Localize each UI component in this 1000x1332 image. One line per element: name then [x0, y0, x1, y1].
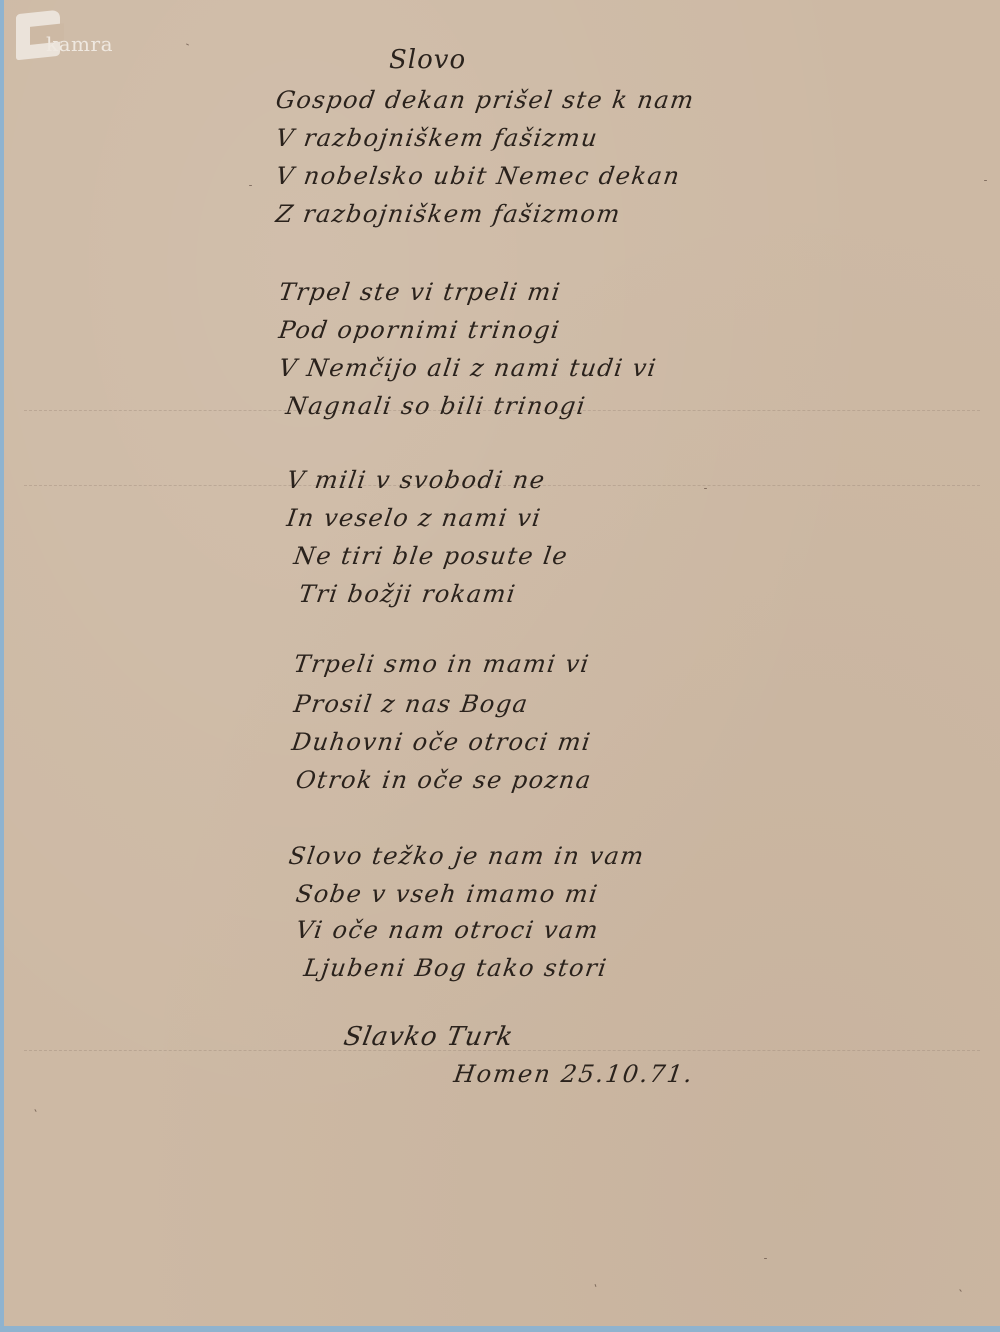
poem-line: Ne tiri ble posute le [292, 542, 570, 570]
poem-line: In veselo z nami vi [285, 504, 543, 532]
poem-line: V nobelsko ubit Nemec dekan [274, 162, 682, 190]
place-and-date: Homen 25.10.71. [452, 1060, 696, 1088]
poem-line: Tri božji rokami [297, 580, 518, 608]
poem-line: Duhovni oče otroci mi [290, 728, 593, 756]
poem-line: Trpel ste vi trpeli mi [277, 278, 563, 306]
poem: Slovo Gospod dekan prišel ste k nam V ra… [4, 0, 1000, 1326]
poem-line: Sobe v vseh imamo mi [294, 880, 600, 908]
poem-line: Ljubeni Bog tako stori [302, 954, 609, 982]
poem-line: V razbojniškem fašizmu [274, 124, 600, 152]
poem-line: Trpeli smo in mami vi [292, 650, 592, 678]
poem-line: V mili v svobodi ne [285, 466, 547, 494]
paper-sheet: kamra Slovo Gospod dekan prišel ste k na… [4, 0, 1000, 1326]
poem-line: Vi oče nam otroci vam [294, 916, 601, 944]
poem-line: Slovo težko je nam in vam [287, 842, 647, 870]
signature: Slavko Turk [341, 1022, 516, 1052]
poem-line: V Nemčijo ali z nami tudi vi [277, 354, 659, 382]
poem-line: Prosil z nas Boga [292, 690, 531, 718]
poem-line: Pod opornimi trinogi [277, 316, 562, 344]
poem-line: Otrok in oče se pozna [294, 766, 594, 794]
poem-line: Nagnali so bili trinogi [284, 392, 588, 420]
poem-title: Slovo [389, 45, 466, 75]
poem-line: Z razbojniškem fašizmom [274, 200, 623, 228]
poem-line: Gospod dekan prišel ste k nam [274, 86, 697, 114]
